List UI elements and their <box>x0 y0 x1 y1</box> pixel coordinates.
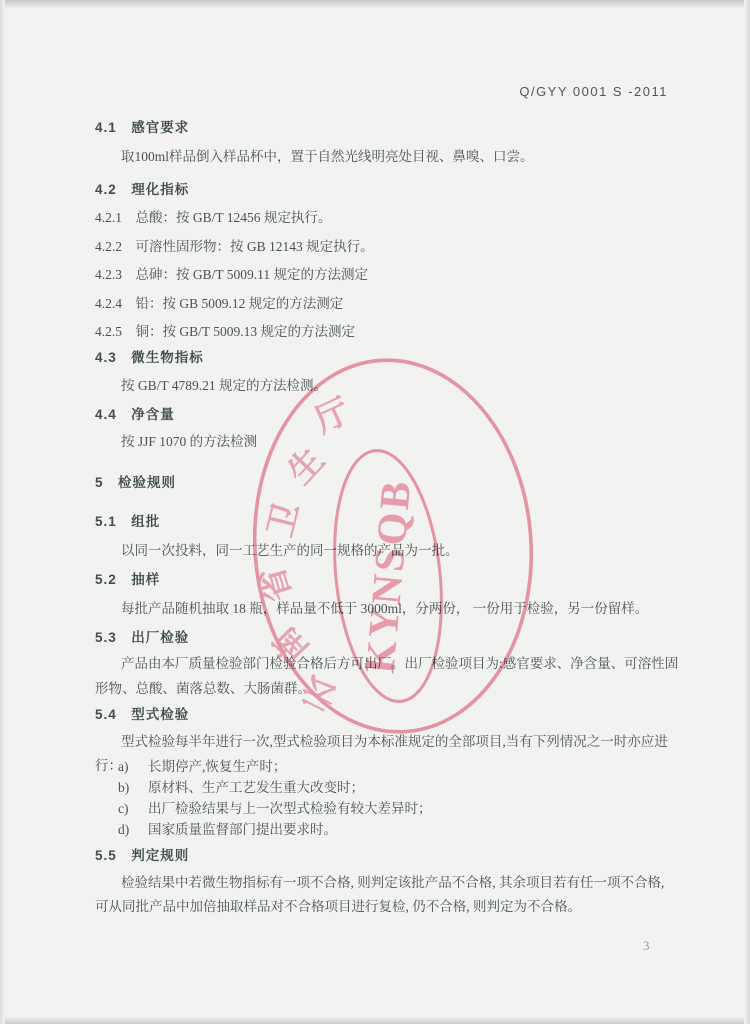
scan-edge-right <box>744 0 750 1024</box>
scan-edge-bottom <box>0 1016 750 1024</box>
paragraph-5-5: 检验结果中若微生物指标有一项不合格, 则判定该批产品不合格, 其余项目若有任一项… <box>95 871 680 919</box>
clause-4-2-5: 4.2.5 铜：按 GB/T 5009.13 规定的方法测定 <box>95 320 680 344</box>
list-text-d: 国家质量监督部门提出要求时。 <box>148 822 337 837</box>
list-item-a: a)长期停产,恢复生产时； <box>118 756 678 777</box>
section-heading-5-2: 5.2 抽样 <box>95 568 680 592</box>
paragraph-5-3: 产品由本厂质量检验部门检验合格后方可出厂。出厂检验项目为:感官要求、净含量、可溶… <box>95 651 680 701</box>
scanned-document-page: Q/GYY 0001 S -2011 4.1 感官要求 取100ml样品倒入样品… <box>0 0 750 1024</box>
page-number: 3 <box>643 938 650 954</box>
clause-4-2-4: 4.2.4 铅：按 GB 5009.12 规定的方法测定 <box>95 292 680 316</box>
paragraph-4-3: 按 GB/T 4789.21 规定的方法检测。 <box>95 374 680 398</box>
list-text-b: 原材料、生产工艺发生重大改变时； <box>148 780 364 795</box>
list-text-a: 长期停产,恢复生产时； <box>148 759 286 774</box>
clause-4-2-2: 4.2.2 可溶性固形物：按 GB 12143 规定执行。 <box>95 235 680 259</box>
scan-edge-top <box>0 0 750 9</box>
section-heading-4-1: 4.1 感官要求 <box>95 116 680 140</box>
section-heading-5: 5 检验规则 <box>95 471 680 495</box>
list-item-c: c)出厂检验结果与上一次型式检验有较大差异时； <box>118 798 678 819</box>
list-marker-b: b) <box>118 777 148 798</box>
paragraph-4-1: 取100ml样品倒入样品杯中，置于自然光线明亮处目视、鼻嗅、口尝。 <box>95 145 680 169</box>
section-heading-4-4: 4.4 净含量 <box>95 403 680 427</box>
section-heading-5-3: 5.3 出厂检验 <box>95 626 680 650</box>
section-heading-4-2: 4.2 理化指标 <box>95 178 680 202</box>
standard-code: Q/GYY 0001 S -2011 <box>519 84 668 99</box>
list-item-b: b)原材料、生产工艺发生重大改变时； <box>118 777 678 798</box>
list-marker-c: c) <box>118 798 148 819</box>
scan-edge-left <box>0 0 5 1024</box>
section-heading-5-1: 5.1 组批 <box>95 510 680 534</box>
list-text-c: 出厂检验结果与上一次型式检验有较大差异时； <box>148 801 432 816</box>
section-heading-5-4: 5.4 型式检验 <box>95 703 680 727</box>
paragraph-5-2: 每批产品随机抽取 18 瓶，样品量不低于 3000ml，分两份， 一份用于检验，… <box>95 597 680 621</box>
list-marker-d: d) <box>118 819 148 840</box>
section-heading-4-3: 4.3 微生物指标 <box>95 346 680 370</box>
section-heading-5-5: 5.5 判定规则 <box>95 844 680 868</box>
paragraph-5-1: 以同一次投料，同一工艺生产的同一规格的产品为一批。 <box>95 539 680 563</box>
clause-4-2-3: 4.2.3 总砷：按 GB/T 5009.11 规定的方法测定 <box>95 263 680 287</box>
clause-4-2-1: 4.2.1 总酸：按 GB/T 12456 规定执行。 <box>95 206 680 230</box>
paragraph-4-4: 按 JJF 1070 的方法检测 <box>95 430 680 454</box>
list-marker-a: a) <box>118 756 148 777</box>
list-item-d: d)国家质量监督部门提出要求时。 <box>118 819 678 840</box>
